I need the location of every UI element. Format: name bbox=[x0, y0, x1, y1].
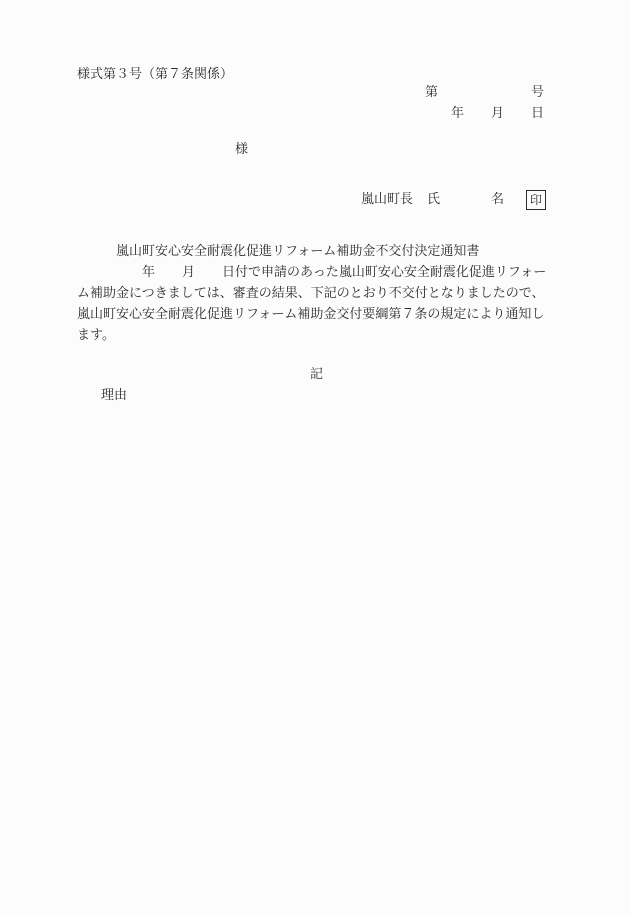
body-year-label: 年 bbox=[142, 265, 155, 281]
document-title: 嵐山町安心安全耐震化促進リフォーム補助金不交付決定通知書 bbox=[116, 244, 479, 260]
date-day-label: 日 bbox=[531, 106, 544, 122]
date-year-label: 年 bbox=[451, 106, 464, 122]
issuer-name-label-2: 名 bbox=[491, 192, 504, 208]
reason-label: 理由 bbox=[101, 388, 127, 404]
reference-number-prefix: 第 bbox=[425, 85, 438, 101]
seal-stamp-box: 印 bbox=[526, 190, 546, 210]
addressee-honorific: 様 bbox=[235, 142, 248, 158]
date-month-label: 月 bbox=[491, 106, 504, 122]
form-number: 様式第３号（第７条関係） bbox=[77, 67, 233, 83]
body-text-line-4: ます。 bbox=[77, 328, 115, 344]
reference-number-suffix: 号 bbox=[531, 85, 544, 101]
body-text-line-1: 日付で申請のあった嵐山町安心安全耐震化促進リフォー bbox=[222, 265, 546, 281]
ki-heading: 記 bbox=[310, 367, 323, 383]
body-text-line-3: 嵐山町安心安全耐震化促進リフォーム補助金交付要綱第７条の規定により通知し bbox=[77, 307, 544, 323]
issuer-title: 嵐山町長 bbox=[361, 192, 413, 208]
body-text-line-2: ム補助金につきましては、審査の結果、下記のとおり不交付となりましたので、 bbox=[77, 286, 544, 302]
issuer-name-label-1: 氏 bbox=[427, 192, 440, 208]
body-month-label: 月 bbox=[182, 265, 195, 281]
